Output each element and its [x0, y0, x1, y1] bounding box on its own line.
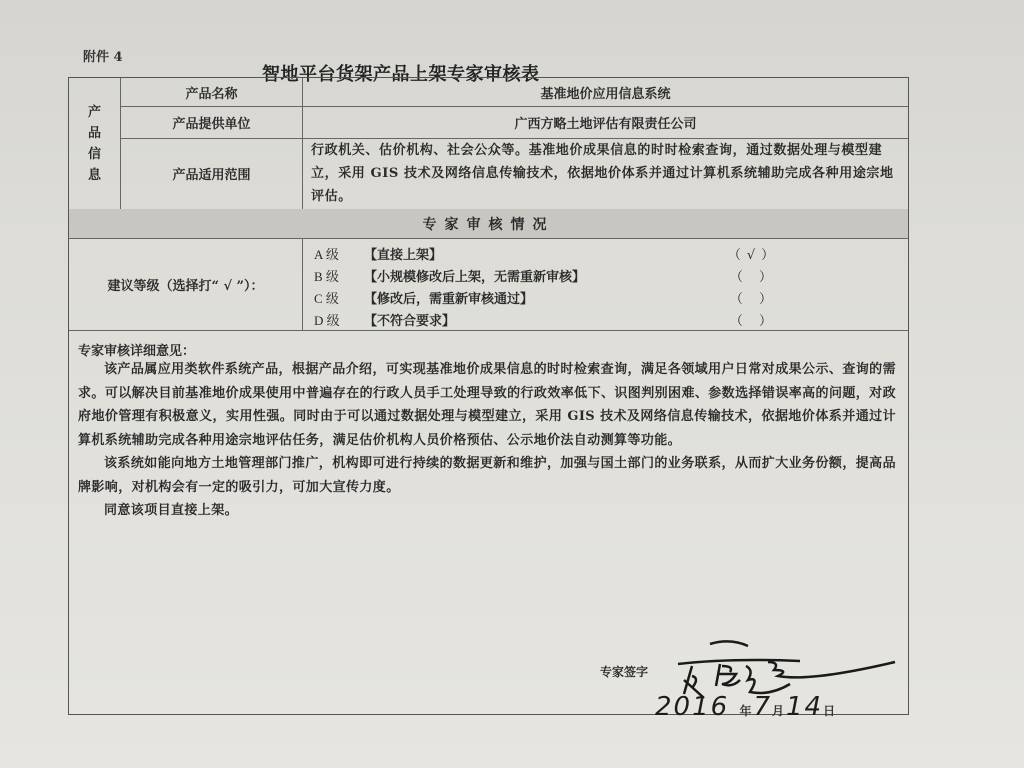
document-page: 附件 4 智地平台货架产品上架专家审核表 产 品 信 息 产品名称 基准地价应用…	[0, 0, 1024, 768]
grade-letter: B 级	[314, 266, 364, 285]
opinion-paragraph: 该产品属应用类软件系统产品，根据产品介绍，可实现基准地价成果信息的时时检索查询，…	[78, 358, 896, 452]
group-label-char: 息	[88, 165, 101, 186]
opinion-paragraph: 同意该项目直接上架。	[78, 499, 896, 523]
grade-options: A 级 【直接上架】 （√） B 级 【小规模修改后上架，无需重新审核】 （ ）…	[314, 242, 908, 330]
group-label-char: 产	[88, 102, 101, 123]
product-name-value: 基准地价应用信息系统	[303, 78, 908, 106]
grade-option-d[interactable]: D 级 【不符合要求】 （ ）	[314, 308, 908, 330]
date-year: 2016	[655, 692, 729, 722]
review-section-header: 专家审核情况	[69, 209, 908, 239]
grade-label: 建议等级（选择打“ √ ”）：	[69, 238, 303, 330]
product-name-label: 产品名称	[121, 78, 303, 106]
attachment-label: 附件 4	[83, 46, 123, 65]
date-year-unit: 年	[739, 704, 753, 718]
grade-letter: C 级	[314, 288, 364, 307]
grade-option-b[interactable]: B 级 【小规模修改后上架，无需重新审核】 （ ）	[314, 264, 908, 286]
scope-label: 产品适用范围	[121, 138, 303, 209]
scope-value: 行政机关、估价机构、社会公众等。基准地价成果信息的时时检索查询，通过数据处理与模…	[303, 139, 908, 208]
grade-checkbox[interactable]: （ ）	[724, 266, 784, 285]
provider-value: 广西方略土地评估有限责任公司	[303, 106, 908, 138]
signature-date: 2016 年7月14日	[655, 692, 837, 722]
product-info-group-label: 产 品 信 息	[69, 78, 121, 209]
grade-option-c[interactable]: C 级 【修改后，需重新审核通过】 （ ）	[314, 286, 908, 308]
date-day: 14	[786, 692, 823, 722]
grade-option-a[interactable]: A 级 【直接上架】 （√）	[314, 242, 908, 264]
opinion-title: 专家审核详细意见：	[78, 340, 195, 359]
provider-label: 产品提供单位	[121, 106, 303, 138]
opinion-paragraph: 该系统如能向地方土地管理部门推广，机构即可进行持续的数据更新和维护，加强与国土部…	[78, 452, 896, 499]
review-form: 产 品 信 息 产品名称 基准地价应用信息系统 产品提供单位 广西方略土地评估有…	[68, 77, 909, 715]
grade-desc: 【小规模修改后上架，无需重新审核】	[364, 266, 724, 285]
grade-checkbox[interactable]: （√）	[724, 244, 784, 263]
group-label-char: 品	[88, 123, 101, 144]
date-month: 7	[753, 692, 772, 722]
opinion-body: 该产品属应用类软件系统产品，根据产品介绍，可实现基准地价成果信息的时时检索查询，…	[78, 358, 896, 523]
grade-letter: A 级	[314, 244, 364, 263]
signature-label: 专家签字	[600, 663, 648, 680]
grade-desc: 【修改后，需重新审核通过】	[364, 288, 724, 307]
grade-checkbox[interactable]: （ ）	[724, 310, 784, 329]
grade-checkbox[interactable]: （ ）	[724, 288, 784, 307]
date-day-unit: 日	[823, 704, 837, 718]
date-month-unit: 月	[772, 704, 786, 718]
grade-desc: 【直接上架】	[364, 244, 724, 263]
product-name-row: 产品名称 基准地价应用信息系统	[121, 78, 908, 107]
provider-row: 产品提供单位 广西方略土地评估有限责任公司	[121, 106, 908, 139]
scope-value-cell: 行政机关、估价机构、社会公众等。基准地价成果信息的时时检索查询，通过数据处理与模…	[303, 138, 908, 209]
scope-row: 产品适用范围 行政机关、估价机构、社会公众等。基准地价成果信息的时时检索查询，通…	[121, 138, 908, 209]
grade-row: 建议等级（选择打“ √ ”）： A 级 【直接上架】 （√） B 级 【小规模修…	[69, 238, 908, 331]
grade-desc: 【不符合要求】	[364, 310, 724, 329]
grade-letter: D 级	[314, 310, 364, 329]
group-label-char: 信	[88, 144, 101, 165]
